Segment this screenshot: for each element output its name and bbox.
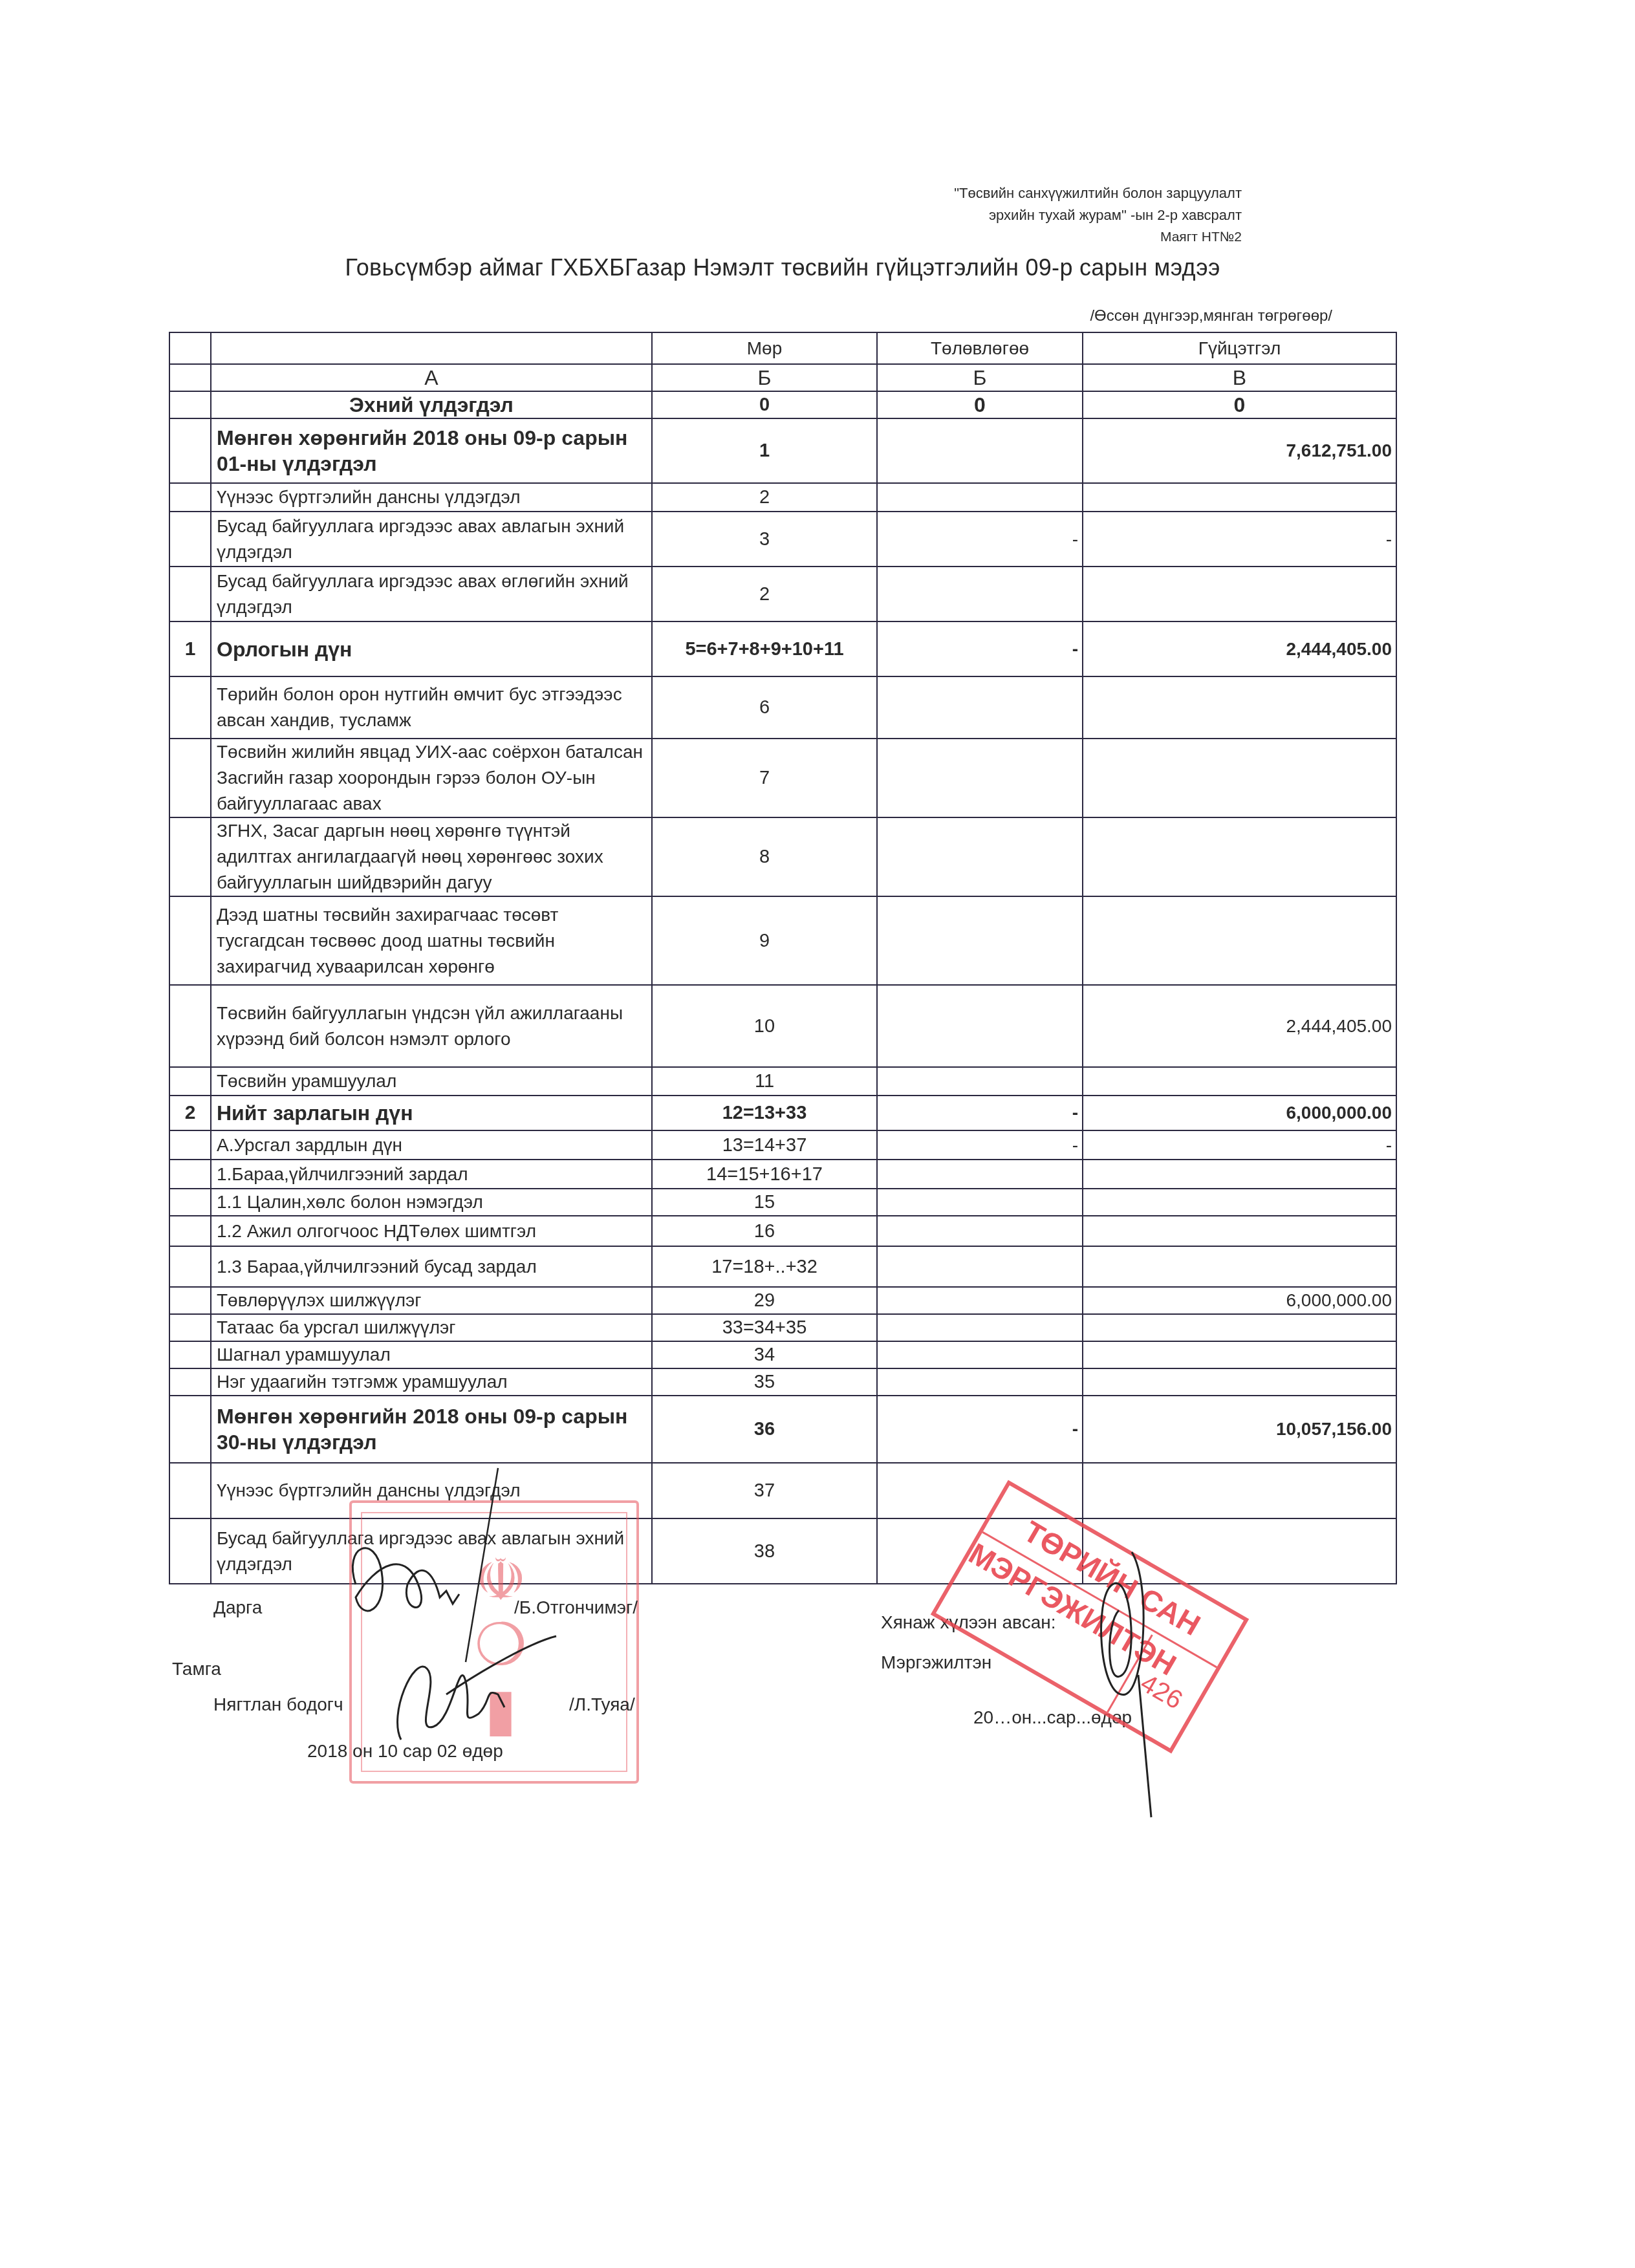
row-label: Дээд шатны төсвийн захирагчаас төсөвт ту… [211, 896, 652, 985]
row-index [169, 1518, 211, 1584]
row-label: Төвлөрүүлэх шилжүүлэг [211, 1287, 652, 1314]
letter-cell-v: В [1083, 364, 1396, 391]
reviewer-signature-icon [1087, 1546, 1164, 1817]
header-cell-idx [169, 332, 211, 364]
table-row: Төсвийн жилийн явцад УИХ-аас соёрхон бат… [169, 739, 1396, 817]
row-label: Мөнгөн хөрөнгийн 2018 оны 09-р сарын 01-… [211, 418, 652, 483]
row-actual-value [1083, 896, 1396, 985]
row-index [169, 1130, 211, 1160]
table-row: 2Нийт зарлагын дүн12=13+33-6,000,000.00 [169, 1096, 1396, 1130]
table-row: 1.1 Цалин,хөлс болон нэмэгдэл15 [169, 1189, 1396, 1216]
row-plan-value [877, 896, 1083, 985]
row-label: 1.1 Цалин,хөлс болон нэмэгдэл [211, 1189, 652, 1216]
header-cell-line: Мөр [652, 332, 877, 364]
specialist-label: Мэргэжилтэн [881, 1652, 991, 1673]
row-label: 1.Бараа,үйлчилгээний зардал [211, 1160, 652, 1189]
row-actual-value: - [1083, 512, 1396, 567]
table-row: Мөнгөн хөрөнгийн 2018 оны 09-р сарын 30-… [169, 1396, 1396, 1463]
row-label: Эхний үлдэгдэл [211, 391, 652, 418]
table-row: Эхний үлдэгдэл000 [169, 391, 1396, 418]
row-line-number: 6 [652, 676, 877, 739]
row-index [169, 676, 211, 739]
table-row: Бусад байгууллага иргэдээс авах авлагын … [169, 512, 1396, 567]
table-row: Төвлөрүүлэх шилжүүлэг296,000,000.00 [169, 1287, 1396, 1314]
table-row: Мөнгөн хөрөнгийн 2018 оны 09-р сарын 01-… [169, 418, 1396, 483]
table-row: Үүнээс бүртгэлийн дансны үлдэгдэл2 [169, 483, 1396, 512]
row-actual-value: 2,444,405.00 [1083, 621, 1396, 676]
row-line-number: 11 [652, 1067, 877, 1096]
director-label: Дарга [213, 1597, 262, 1618]
table-row: Бусад байгууллага иргэдээс авах өглөгийн… [169, 567, 1396, 621]
row-actual-value: 7,612,751.00 [1083, 418, 1396, 483]
row-plan-value: 0 [877, 391, 1083, 418]
header-cell-plan: Төлөвлөгөө [877, 332, 1083, 364]
table-row: Шагнал урамшуулал34 [169, 1341, 1396, 1368]
row-plan-value [877, 483, 1083, 512]
row-index [169, 1314, 211, 1341]
row-actual-value: 10,057,156.00 [1083, 1396, 1396, 1463]
table-row: Төсвийн урамшуулал11 [169, 1067, 1396, 1096]
row-plan-value [877, 1314, 1083, 1341]
row-plan-value [877, 1368, 1083, 1396]
row-index [169, 739, 211, 817]
report-title: Говьсүмбэр аймаг ГХБХБГазар Нэмэлт төсви… [304, 254, 1261, 281]
row-plan-value [877, 1067, 1083, 1096]
accountant-signature-icon [388, 1617, 582, 1746]
row-actual-value: 0 [1083, 391, 1396, 418]
column-header-row: Мөр Төлөвлөгөө Гүйцэтгэл [169, 332, 1396, 364]
row-line-number: 3 [652, 512, 877, 567]
row-line-number: 12=13+33 [652, 1096, 877, 1130]
row-index: 1 [169, 621, 211, 676]
row-line-number: 9 [652, 896, 877, 985]
row-index [169, 1246, 211, 1287]
row-plan-value: - [877, 1130, 1083, 1160]
form-code: Маягт НТ№2 [841, 226, 1242, 248]
letter-cell-b1: Б [652, 364, 877, 391]
row-line-number: 7 [652, 739, 877, 817]
row-line-number: 10 [652, 985, 877, 1067]
row-plan-value [877, 676, 1083, 739]
row-line-number: 2 [652, 567, 877, 621]
row-plan-value [877, 739, 1083, 817]
row-label: Бусад байгууллага иргэдээс авах авлагын … [211, 512, 652, 567]
row-label: 1.3 Бараа,үйлчилгээний бусад зардал [211, 1246, 652, 1287]
row-line-number: 14=15+16+17 [652, 1160, 877, 1189]
row-plan-value [877, 817, 1083, 896]
row-plan-value: - [877, 1096, 1083, 1130]
row-plan-value [877, 1287, 1083, 1314]
row-actual-value: 6,000,000.00 [1083, 1096, 1396, 1130]
row-actual-value: - [1083, 1130, 1396, 1160]
row-label: Төсвийн байгууллагын үндсэн үйл ажиллага… [211, 985, 652, 1067]
row-actual-value [1083, 739, 1396, 817]
row-label: А.Урсгал зардлын дүн [211, 1130, 652, 1160]
row-label: Шагнал урамшуулал [211, 1341, 652, 1368]
row-index [169, 1216, 211, 1246]
table-row: 1.Бараа,үйлчилгээний зардал14=15+16+17 [169, 1160, 1396, 1189]
row-actual-value [1083, 1463, 1396, 1518]
row-label: Орлогын дүн [211, 621, 652, 676]
row-actual-value [1083, 1246, 1396, 1287]
row-line-number: 13=14+37 [652, 1130, 877, 1160]
row-label: Төсвийн урамшуулал [211, 1067, 652, 1096]
accountant-label: Нягтлан бодогч [213, 1694, 343, 1715]
letter-cell-a: А [211, 364, 652, 391]
row-actual-value [1083, 1368, 1396, 1396]
row-label: Төсвийн жилийн явцад УИХ-аас соёрхон бат… [211, 739, 652, 817]
row-plan-value: - [877, 512, 1083, 567]
row-actual-value [1083, 676, 1396, 739]
row-actual-value: 6,000,000.00 [1083, 1287, 1396, 1314]
row-plan-value: - [877, 621, 1083, 676]
seal-label: Тамга [172, 1659, 221, 1679]
row-actual-value [1083, 1314, 1396, 1341]
row-line-number: 5=6+7+8+9+10+11 [652, 621, 877, 676]
regulation-note-line1: "Төсвийн санхүүжилтийн болон зарцуулалт [841, 182, 1242, 204]
row-index [169, 512, 211, 567]
row-index: 2 [169, 1096, 211, 1130]
row-actual-value [1083, 1189, 1396, 1216]
row-line-number: 38 [652, 1518, 877, 1584]
row-index [169, 1368, 211, 1396]
row-label: Нийт зарлагын дүн [211, 1096, 652, 1130]
row-index [169, 391, 211, 418]
row-line-number: 36 [652, 1396, 877, 1463]
row-line-number: 33=34+35 [652, 1314, 877, 1341]
report-table: Мөр Төлөвлөгөө Гүйцэтгэл А Б Б В Эхний ү… [169, 332, 1397, 1584]
row-line-number: 35 [652, 1368, 877, 1396]
row-label: ЗГНХ, Засаг даргын нөөц хөрөнгө түүнтэй … [211, 817, 652, 896]
table-row: Дээд шатны төсвийн захирагчаас төсөвт ту… [169, 896, 1396, 985]
row-plan-value: - [877, 1396, 1083, 1463]
row-actual-value [1083, 483, 1396, 512]
table-row: 1Орлогын дүн5=6+7+8+9+10+11-2,444,405.00 [169, 621, 1396, 676]
row-line-number: 0 [652, 391, 877, 418]
row-index [169, 896, 211, 985]
table-row: Нэг удаагийн тэтгэмж урамшуулал35 [169, 1368, 1396, 1396]
row-line-number: 1 [652, 418, 877, 483]
row-actual-value: 2,444,405.00 [1083, 985, 1396, 1067]
table-row: Төсвийн байгууллагын үндсэн үйл ажиллага… [169, 985, 1396, 1067]
row-index [169, 1396, 211, 1463]
table-row: ЗГНХ, Засаг даргын нөөц хөрөнгө түүнтэй … [169, 817, 1396, 896]
row-line-number: 37 [652, 1463, 877, 1518]
letter-cell-b2: Б [877, 364, 1083, 391]
letter-cell-empty [169, 364, 211, 391]
row-index [169, 567, 211, 621]
letter-row: А Б Б В [169, 364, 1396, 391]
row-index [169, 817, 211, 896]
row-line-number: 16 [652, 1216, 877, 1246]
row-label: Мөнгөн хөрөнгийн 2018 оны 09-р сарын 30-… [211, 1396, 652, 1463]
row-line-number: 15 [652, 1189, 877, 1216]
table-row: А.Урсгал зардлын дүн13=14+37-- [169, 1130, 1396, 1160]
row-actual-value [1083, 1160, 1396, 1189]
row-actual-value [1083, 817, 1396, 896]
row-plan-value [877, 1216, 1083, 1246]
table-row: 1.3 Бараа,үйлчилгээний бусад зардал17=18… [169, 1246, 1396, 1287]
row-line-number: 17=18+..+32 [652, 1246, 877, 1287]
row-index [169, 483, 211, 512]
row-label: Татаас ба урсгал шилжүүлэг [211, 1314, 652, 1341]
row-plan-value [877, 1246, 1083, 1287]
row-label: Үүнээс бүртгэлийн дансны үлдэгдэл [211, 483, 652, 512]
header-cell-label [211, 332, 652, 364]
row-plan-value [877, 1189, 1083, 1216]
row-line-number: 2 [652, 483, 877, 512]
row-index [169, 1287, 211, 1314]
row-label: Нэг удаагийн тэтгэмж урамшуулал [211, 1368, 652, 1396]
row-plan-value [877, 567, 1083, 621]
regulation-note-line2: эрхийн тухай журам" -ын 2-р хавсралт [841, 204, 1242, 226]
unit-note: /Өссөн дүнгээр,мянган төгрөгөөр/ [841, 307, 1332, 325]
row-plan-value [877, 418, 1083, 483]
row-index [169, 1341, 211, 1368]
row-index [169, 1160, 211, 1189]
row-actual-value [1083, 567, 1396, 621]
row-plan-value [877, 985, 1083, 1067]
row-index [169, 418, 211, 483]
row-index [169, 1189, 211, 1216]
header-cell-actual: Гүйцэтгэл [1083, 332, 1396, 364]
row-line-number: 8 [652, 817, 877, 896]
row-index [169, 1067, 211, 1096]
row-actual-value [1083, 1216, 1396, 1246]
row-label: Бусад байгууллага иргэдээс авах өглөгийн… [211, 567, 652, 621]
row-index [169, 985, 211, 1067]
row-line-number: 34 [652, 1341, 877, 1368]
row-plan-value [877, 1341, 1083, 1368]
row-actual-value [1083, 1067, 1396, 1096]
row-line-number: 29 [652, 1287, 877, 1314]
row-actual-value [1083, 1341, 1396, 1368]
row-label: Төрийн болон орон нутгийн өмчит бус этгэ… [211, 676, 652, 739]
table-row: Татаас ба урсгал шилжүүлэг33=34+35 [169, 1314, 1396, 1341]
row-plan-value [877, 1160, 1083, 1189]
regulation-note: "Төсвийн санхүүжилтийн болон зарцуулалт … [841, 182, 1242, 248]
row-label: 1.2 Ажил олгогчоос НДТөлөх шимтгэл [211, 1216, 652, 1246]
row-index [169, 1463, 211, 1518]
table-row: 1.2 Ажил олгогчоос НДТөлөх шимтгэл16 [169, 1216, 1396, 1246]
table-row: Төрийн болон орон нутгийн өмчит бус этгэ… [169, 676, 1396, 739]
